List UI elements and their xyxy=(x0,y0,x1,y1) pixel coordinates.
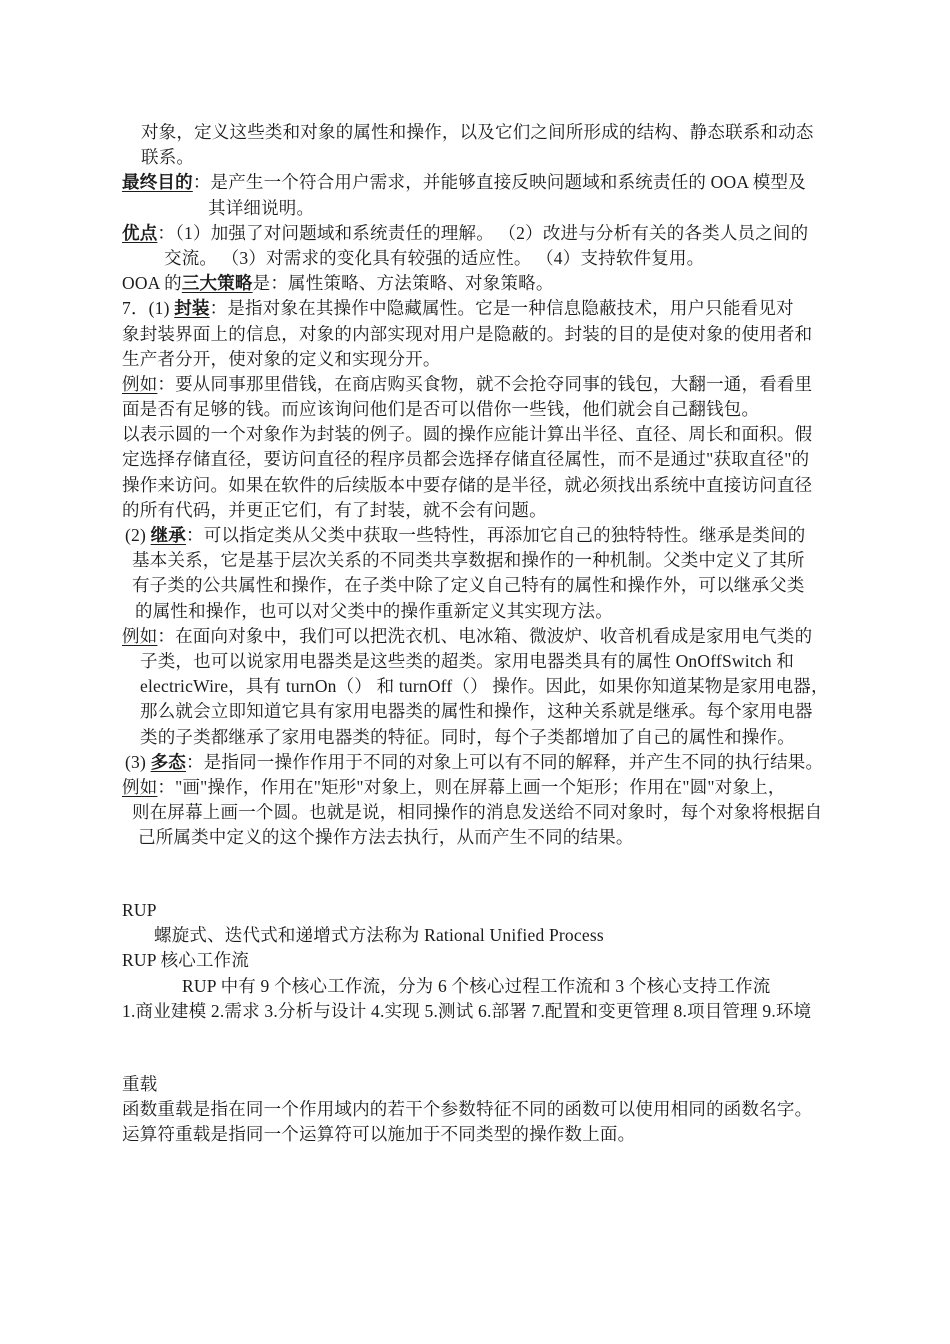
section-rup-notes: RUP螺旋式、迭代式和递增式方法称为 Rational Unified Proc… xyxy=(122,898,832,1024)
text-line: 运算符重载是指同一个运算符可以施加于不同类型的操作数上面。 xyxy=(122,1122,832,1147)
text-run: 重载 xyxy=(122,1074,157,1094)
text-line: 类的子类都继承了家用电器类的特征。同时，每个子类都增加了自己的属性和操作。 xyxy=(122,725,832,750)
text-run: 基本关系，它是基于层次关系的不同类共享数据和操作的一种机制。父类中定义了其所 xyxy=(132,550,805,570)
text-run: 其详细说明。 xyxy=(208,198,314,218)
text-run: ：是指同一操作作用于不同的对象上可以有不同的解释，并产生不同的执行结果。 xyxy=(186,752,823,772)
text-line: RUP 中有 9 个核心工作流，分为 6 个核心过程工作流和 3 个核心支持工作… xyxy=(122,974,832,999)
text-line: 函数重载是指在同一个作用域内的若干个参数特征不同的函数可以使用相同的函数名字。 xyxy=(122,1097,832,1122)
text-run: 交流。 （3）对需求的变化具有较强的适应性。 （4）支持软件复用。 xyxy=(164,248,704,268)
key-term: 优点 xyxy=(122,223,157,243)
text-run: 7．(1) xyxy=(122,298,174,318)
text-run: 象封装界面上的信息，对象的内部实现对用户是隐蔽的。封装的目的是使对象的使用者和 xyxy=(122,324,812,344)
key-term: 例如 xyxy=(122,374,157,394)
text-line: 的属性和操作，也可以对父类中的操作重新定义其实现方法。 xyxy=(122,599,832,624)
text-run: 则在屏幕上画一个圆。也就是说，相同操作的消息发送给不同对象时，每个对象将根据自 xyxy=(132,802,822,822)
text-line: 对象，定义这些类和对象的属性和操作，以及它们之间所形成的结构、静态联系和动态 xyxy=(122,120,832,145)
section-overload-notes: 重载函数重载是指在同一个作用域内的若干个参数特征不同的函数可以使用相同的函数名字… xyxy=(122,1072,832,1148)
text-run: 己所属类中定义的这个操作方法去执行，从而产生不同的结果。 xyxy=(138,827,634,847)
text-run: 联系。 xyxy=(141,147,194,167)
text-run: RUP 核心工作流 xyxy=(122,950,249,970)
text-run: 的所有代码，并更正它们，有了封装，就不会有问题。 xyxy=(122,500,547,520)
document-page: 对象，定义这些类和对象的属性和操作，以及它们之间所形成的结构、静态联系和动态联系… xyxy=(0,0,950,1344)
text-run: 螺旋式、迭代式和递增式方法称为 Rational Unified Process xyxy=(154,925,604,945)
text-run: 的属性和操作，也可以对父类中的操作重新定义其实现方法。 xyxy=(135,601,613,621)
text-line: 7．(1) 封装：是指对象在其操作中隐藏属性。它是一种信息隐蔽技术，用户只能看见… xyxy=(122,296,832,321)
text-line: 最终目的：是产生一个符合用户需求，并能够直接反映问题域和系统责任的 OOA 模型… xyxy=(122,170,832,195)
text-line: RUP xyxy=(122,898,832,923)
key-term: 例如 xyxy=(122,626,157,646)
text-run: (3) xyxy=(125,752,151,772)
text-run: 面是否有足够的钱。而应该询问他们是否可以借你一些钱，他们就会自己翻钱包。 xyxy=(122,399,759,419)
text-run: 那么就会立即知道它具有家用电器类的属性和操作，这种关系就是继承。每个家用电器 xyxy=(140,701,813,721)
text-run: ：（1）加强了对问题域和系统责任的理解。 （2）改进与分析有关的各类人员之间的 xyxy=(157,223,808,243)
key-term: 例如 xyxy=(122,777,157,797)
text-run: 子类，也可以说家用电器类是这些类的超类。家用电器类具有的属性 OnOffSwit… xyxy=(140,651,794,671)
text-run: RUP xyxy=(122,900,157,920)
text-line: 例如：在面向对象中，我们可以把洗衣机、电冰箱、微波炉、收音机看成是家用电气类的 xyxy=(122,624,832,649)
text-run: ："画"操作，作用在"矩形"对象上，则在屏幕上画一个矩形；作用在"圆"对象上， xyxy=(157,777,785,797)
text-run: ：在面向对象中，我们可以把洗衣机、电冰箱、微波炉、收音机看成是家用电气类的 xyxy=(157,626,812,646)
text-line: 交流。 （3）对需求的变化具有较强的适应性。 （4）支持软件复用。 xyxy=(122,246,832,271)
text-line: 面是否有足够的钱。而应该询问他们是否可以借你一些钱，他们就会自己翻钱包。 xyxy=(122,397,832,422)
text-run: ：是指对象在其操作中隐藏属性。它是一种信息隐蔽技术，用户只能看见对 xyxy=(210,298,794,318)
text-line: 优点：（1）加强了对问题域和系统责任的理解。 （2）改进与分析有关的各类人员之间… xyxy=(122,221,832,246)
text-line: 重载 xyxy=(122,1072,832,1097)
text-line: 例如："画"操作，作用在"矩形"对象上，则在屏幕上画一个矩形；作用在"圆"对象上… xyxy=(122,775,832,800)
text-line: (2) 继承：可以指定类从父类中获取一些特性，再添加它自己的独特特性。继承是类间… xyxy=(122,523,832,548)
text-run: 有子类的公共属性和操作，在子类中除了定义自己特有的属性和操作外，可以继承父类 xyxy=(132,575,805,595)
text-run: 是：属性策略、方法策略、对象策略。 xyxy=(253,273,554,293)
text-run: ：要从同事那里借钱，在商店购买食物，就不会抢夺同事的钱包，大翻一通，看看里 xyxy=(157,374,812,394)
text-run: ：是产生一个符合用户需求，并能够直接反映问题域和系统责任的 OOA 模型及 xyxy=(193,172,806,192)
text-line: 例如：要从同事那里借钱，在商店购买食物，就不会抢夺同事的钱包，大翻一通，看看里 xyxy=(122,372,832,397)
text-line: 子类，也可以说家用电器类是这些类的超类。家用电器类具有的属性 OnOffSwit… xyxy=(122,649,832,674)
text-run: 运算符重载是指同一个运算符可以施加于不同类型的操作数上面。 xyxy=(122,1124,635,1144)
text-line: 则在屏幕上画一个圆。也就是说，相同操作的消息发送给不同对象时，每个对象将根据自 xyxy=(122,800,832,825)
text-run: (2) xyxy=(125,525,151,545)
text-line: 象封装界面上的信息，对象的内部实现对用户是隐蔽的。封装的目的是使对象的使用者和 xyxy=(122,322,832,347)
key-term: 继承 xyxy=(151,525,186,545)
text-run: OOA 的 xyxy=(122,273,182,293)
text-run: 类的子类都继承了家用电器类的特征。同时，每个子类都增加了自己的属性和操作。 xyxy=(140,727,795,747)
text-run: 生产者分开，使对象的定义和实现分开。 xyxy=(122,349,441,369)
text-line: 以表示圆的一个对象作为封装的例子。圆的操作应能计算出半径、直径、周长和面积。假 xyxy=(122,422,832,447)
text-run: 1.商业建模 2.需求 3.分析与设计 4.实现 5.测试 6.部署 7.配置和… xyxy=(122,1001,811,1021)
text-line: 螺旋式、迭代式和递增式方法称为 Rational Unified Process xyxy=(122,923,832,948)
text-line: 那么就会立即知道它具有家用电器类的属性和操作，这种关系就是继承。每个家用电器 xyxy=(122,699,832,724)
key-term: 最终目的 xyxy=(122,172,193,192)
text-run: 定选择存储直径，要访问直径的程序员都会选择存储直径属性，而不是通过"获取直径"的 xyxy=(122,449,809,469)
text-line: OOA 的三大策略是：属性策略、方法策略、对象策略。 xyxy=(122,271,832,296)
text-line: (3) 多态：是指同一操作作用于不同的对象上可以有不同的解释，并产生不同的执行结… xyxy=(122,750,832,775)
text-line: 操作来访问。如果在软件的后续版本中要存储的是半径，就必须找出系统中直接访问直径 xyxy=(122,473,832,498)
text-line: 定选择存储直径，要访问直径的程序员都会选择存储直径属性，而不是通过"获取直径"的 xyxy=(122,447,832,472)
text-run: ：可以指定类从父类中获取一些特性，再添加它自己的独特特性。继承是类间的 xyxy=(186,525,806,545)
text-run: 以表示圆的一个对象作为封装的例子。圆的操作应能计算出半径、直径、周长和面积。假 xyxy=(122,424,812,444)
text-line: 其详细说明。 xyxy=(122,196,832,221)
text-line: 有子类的公共属性和操作，在子类中除了定义自己特有的属性和操作外，可以继承父类 xyxy=(122,573,832,598)
text-line: 联系。 xyxy=(122,145,832,170)
text-run: 对象，定义这些类和对象的属性和操作，以及它们之间所形成的结构、静态联系和动态 xyxy=(141,122,814,142)
text-line: 1.商业建模 2.需求 3.分析与设计 4.实现 5.测试 6.部署 7.配置和… xyxy=(122,999,832,1024)
key-term: 封装 xyxy=(174,298,209,318)
text-line: 基本关系，它是基于层次关系的不同类共享数据和操作的一种机制。父类中定义了其所 xyxy=(122,548,832,573)
text-line: RUP 核心工作流 xyxy=(122,948,832,973)
text-line: 的所有代码，并更正它们，有了封装，就不会有问题。 xyxy=(122,498,832,523)
key-term: 多态 xyxy=(151,752,186,772)
key-term: 三大策略 xyxy=(182,273,253,293)
text-line: 己所属类中定义的这个操作方法去执行，从而产生不同的结果。 xyxy=(122,825,832,850)
text-line: 生产者分开，使对象的定义和实现分开。 xyxy=(122,347,832,372)
text-run: 函数重载是指在同一个作用域内的若干个参数特征不同的函数可以使用相同的函数名字。 xyxy=(122,1099,812,1119)
text-run: 操作来访问。如果在软件的后续版本中要存储的是半径，就必须找出系统中直接访问直径 xyxy=(122,475,812,495)
text-run: electricWire，具有 turnOn（） 和 turnOff（） 操作。… xyxy=(140,676,829,696)
text-line: electricWire，具有 turnOn（） 和 turnOff（） 操作。… xyxy=(122,674,832,699)
text-run: RUP 中有 9 个核心工作流，分为 6 个核心过程工作流和 3 个核心支持工作… xyxy=(182,976,770,996)
section-ooa-notes: 对象，定义这些类和对象的属性和操作，以及它们之间所形成的结构、静态联系和动态联系… xyxy=(122,120,832,850)
